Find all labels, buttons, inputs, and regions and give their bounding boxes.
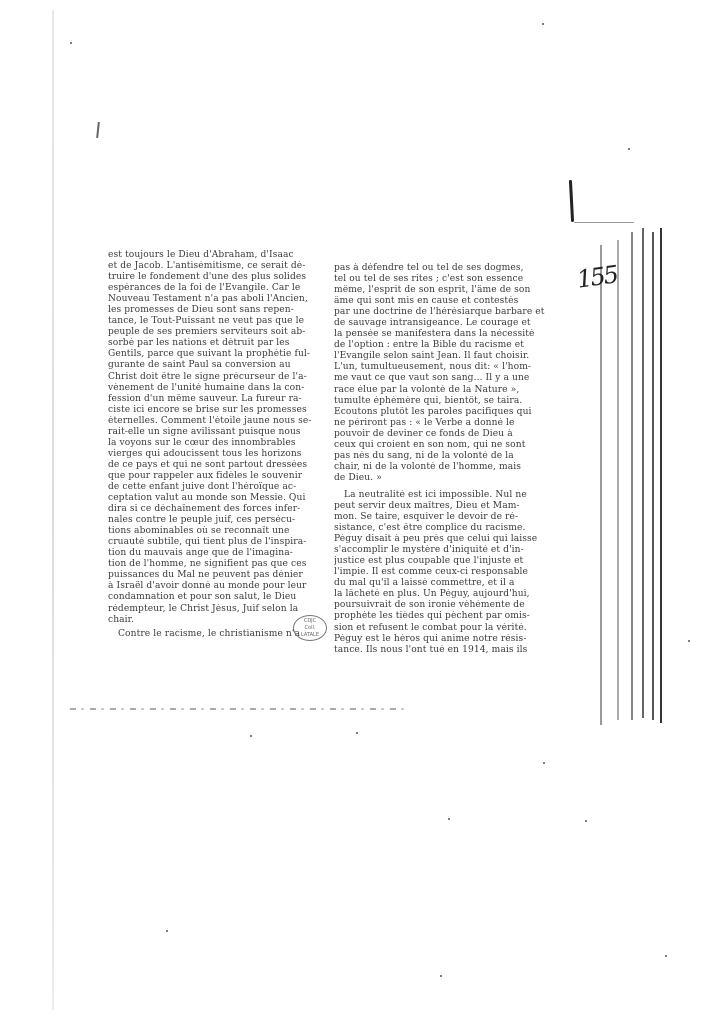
text-line: rédempteur, le Christ Jésus, Juif selon …: [108, 604, 328, 615]
text-line: éternelles. Comment l'étoile jaune nous …: [108, 416, 328, 427]
text-line: la pensée se manifestera dans la nécessi…: [334, 329, 554, 340]
text-line: justice est plus coupable que l'injuste …: [334, 556, 554, 567]
clipping-column-right: pas à défendre tel ou tel de ses dogmes,…: [334, 263, 554, 656]
text-line: l'Evangile selon saint Jean. Il faut cho…: [334, 351, 554, 362]
text-line: et de Jacob. L'antisémitisme, ce serait …: [108, 261, 328, 272]
text-line: race élue par la volonté de la Nature »,: [334, 385, 554, 396]
archive-stamp: CDJCColl.LATALE: [293, 615, 327, 641]
page-stack-edge: [600, 245, 602, 725]
scan-speck: [440, 975, 442, 977]
text-line: pas à défendre tel ou tel de ses dogmes,: [334, 263, 554, 274]
text-line: de sauvage intransigeance. Le courage et: [334, 318, 554, 329]
text-line: condamnation et pour son salut, le Dieu: [108, 592, 328, 603]
text-line: chair, ni de la volonté de l'homme, mais: [334, 462, 554, 473]
text-line: ciste ici encore se brise sur les promes…: [108, 405, 328, 416]
text-line: tance, le Tout-Puissant ne veut pas que …: [108, 316, 328, 327]
text-line: les promesses de Dieu sont sans repen-: [108, 305, 328, 316]
text-line: Ecoutons plutôt les paroles pacifiques q…: [334, 407, 554, 418]
text-line: rait-elle un signe avilissant puisque no…: [108, 427, 328, 438]
text-line: espérances de la foi de l'Evangile. Car …: [108, 283, 328, 294]
text-line: tions abominables où se reconnaît une: [108, 526, 328, 537]
scan-page-edge: [52, 10, 54, 1010]
clipping-bottom-edge: [70, 708, 410, 710]
text-line: mon. Se taire, esquiver le devoir de ré-: [334, 512, 554, 523]
text-line: gurante de saint Paul sa conversion au: [108, 360, 328, 371]
stamp-text: LATALE: [294, 632, 326, 639]
page-stack-edge: [652, 232, 654, 720]
text-line: Péguy est le héros qui anime notre résis…: [334, 634, 554, 645]
text-line: nales contre le peuple juif, ces persécu…: [108, 515, 328, 526]
text-line: ceux qui croient en son nom, qui ne sont: [334, 440, 554, 451]
scan-speck: [448, 818, 450, 820]
text-line: tel ou tel de ses rites ; c'est son esse…: [334, 274, 554, 285]
scan-speck: [688, 640, 690, 642]
text-line: La neutralité est ici impossible. Nul ne: [334, 490, 554, 501]
text-line: Christ doit être le signe précurseur de …: [108, 372, 328, 383]
text-line: même, l'esprit de son esprit, l'âme de s…: [334, 285, 554, 296]
text-line: cruauté subtile, qui tient plus de l'ins…: [108, 537, 328, 548]
text-line: est toujours le Dieu d'Abraham, d'Isaac: [108, 250, 328, 261]
scan-speck: [543, 762, 545, 764]
text-line: à Israël d'avoir donné au monde pour leu…: [108, 581, 328, 592]
text-line: s'accomplir le mystère d'iniquité et d'i…: [334, 545, 554, 556]
text-line: ceptation valut au monde son Messie. Qui: [108, 493, 328, 504]
text-line: de Dieu. »: [334, 473, 554, 484]
text-line: âme qui sont mis en cause et contestés: [334, 296, 554, 307]
text-line: dira si ce déchaînement des forces infer…: [108, 504, 328, 515]
text-line: prophète les tièdes qui pèchent par omis…: [334, 611, 554, 622]
scan-speck: [166, 930, 168, 932]
page-stack-corner: [569, 180, 574, 222]
text-line: tion du mauvais ange que de l'imagina-: [108, 548, 328, 559]
text-line: peuple de ses premiers serviteurs soit a…: [108, 327, 328, 338]
text-line: par une doctrine de l'hérésiarque barbar…: [334, 307, 554, 318]
text-line: Péguy disait à peu près que celui qui la…: [334, 534, 554, 545]
text-line: Gentils, parce que suivant la prophétie …: [108, 349, 328, 360]
stamp-text: Coll.: [294, 625, 326, 632]
text-line: du mal qu'il a laissé commettre, et il a: [334, 578, 554, 589]
text-line: sorbé par les nations et détruit par les: [108, 338, 328, 349]
text-line: que pour rappeler aux fidèles le souveni…: [108, 471, 328, 482]
text-line: sion et refusent le combat pour la vérit…: [334, 623, 554, 634]
text-line: L'un, tumultueusement, nous dit: « l'hom…: [334, 362, 554, 373]
text-line: de ce pays et qui ne sont partout dressé…: [108, 460, 328, 471]
text-line: l'impie. Il est comme ceux-ci responsabl…: [334, 567, 554, 578]
text-line: pouvoir de deviner ce fonds de Dieu à: [334, 429, 554, 440]
text-line: peut servir deux maîtres, Dieu et Mam-: [334, 501, 554, 512]
ink-mark: [96, 122, 100, 138]
newspaper-clipping: est toujours le Dieu d'Abraham, d'Isaace…: [108, 250, 558, 610]
scan-speck: [250, 735, 252, 737]
page-stack-top-edge: [574, 222, 634, 223]
scan-speck: [585, 820, 587, 822]
text-line: de l'option : entre la Bible du racisme …: [334, 340, 554, 351]
text-line: sistance, c'est être complice du racisme…: [334, 523, 554, 534]
text-line: pas nés du sang, ni de la volonté de la: [334, 451, 554, 462]
clipping-column-left: est toujours le Dieu d'Abraham, d'Isaace…: [108, 250, 328, 640]
scan-speck: [628, 148, 630, 150]
text-line: Nouveau Testament n'a pas aboli l'Ancien…: [108, 294, 328, 305]
text-line: me vaut ce que vaut son sang... Il y a u…: [334, 373, 554, 384]
text-line: truire le fondement d'une des plus solid…: [108, 272, 328, 283]
text-line: la lâcheté en plus. Un Péguy, aujourd'hu…: [334, 589, 554, 600]
page-stack-edge: [617, 240, 619, 720]
text-line: tion de l'homme, ne signifient pas que c…: [108, 559, 328, 570]
text-line: ne périront pas : « le Verbe a donné le: [334, 418, 554, 429]
text-line: tumulte éphémère qui, bientôt, se taira.: [334, 396, 554, 407]
text-line: fession d'un même sauveur. La fureur ra-: [108, 394, 328, 405]
text-line: vènement de l'unité humaine dans la con-: [108, 383, 328, 394]
handwritten-folio-number: 155: [575, 260, 618, 293]
text-line: la voyons sur le cœur des innombrables: [108, 438, 328, 449]
scan-speck: [665, 955, 667, 957]
page-stack-edge: [642, 228, 644, 718]
stamp-text: CDJC: [294, 618, 326, 625]
text-line: tance. Ils nous l'ont tué en 1914, mais …: [334, 645, 554, 656]
page-stack-edge: [631, 232, 633, 720]
text-line: vierges qui adoucissent tous les horizon…: [108, 449, 328, 460]
scan-speck: [542, 23, 544, 25]
scan-speck: [356, 732, 358, 734]
text-line: poursuivrait de son ironie véhémente de: [334, 600, 554, 611]
text-line: de cette enfant juive dont l'héroïque ac…: [108, 482, 328, 493]
scan-speck: [70, 42, 72, 44]
text-line: puissances du Mal ne peuvent pas dénier: [108, 570, 328, 581]
page-stack-edge: [660, 228, 662, 723]
